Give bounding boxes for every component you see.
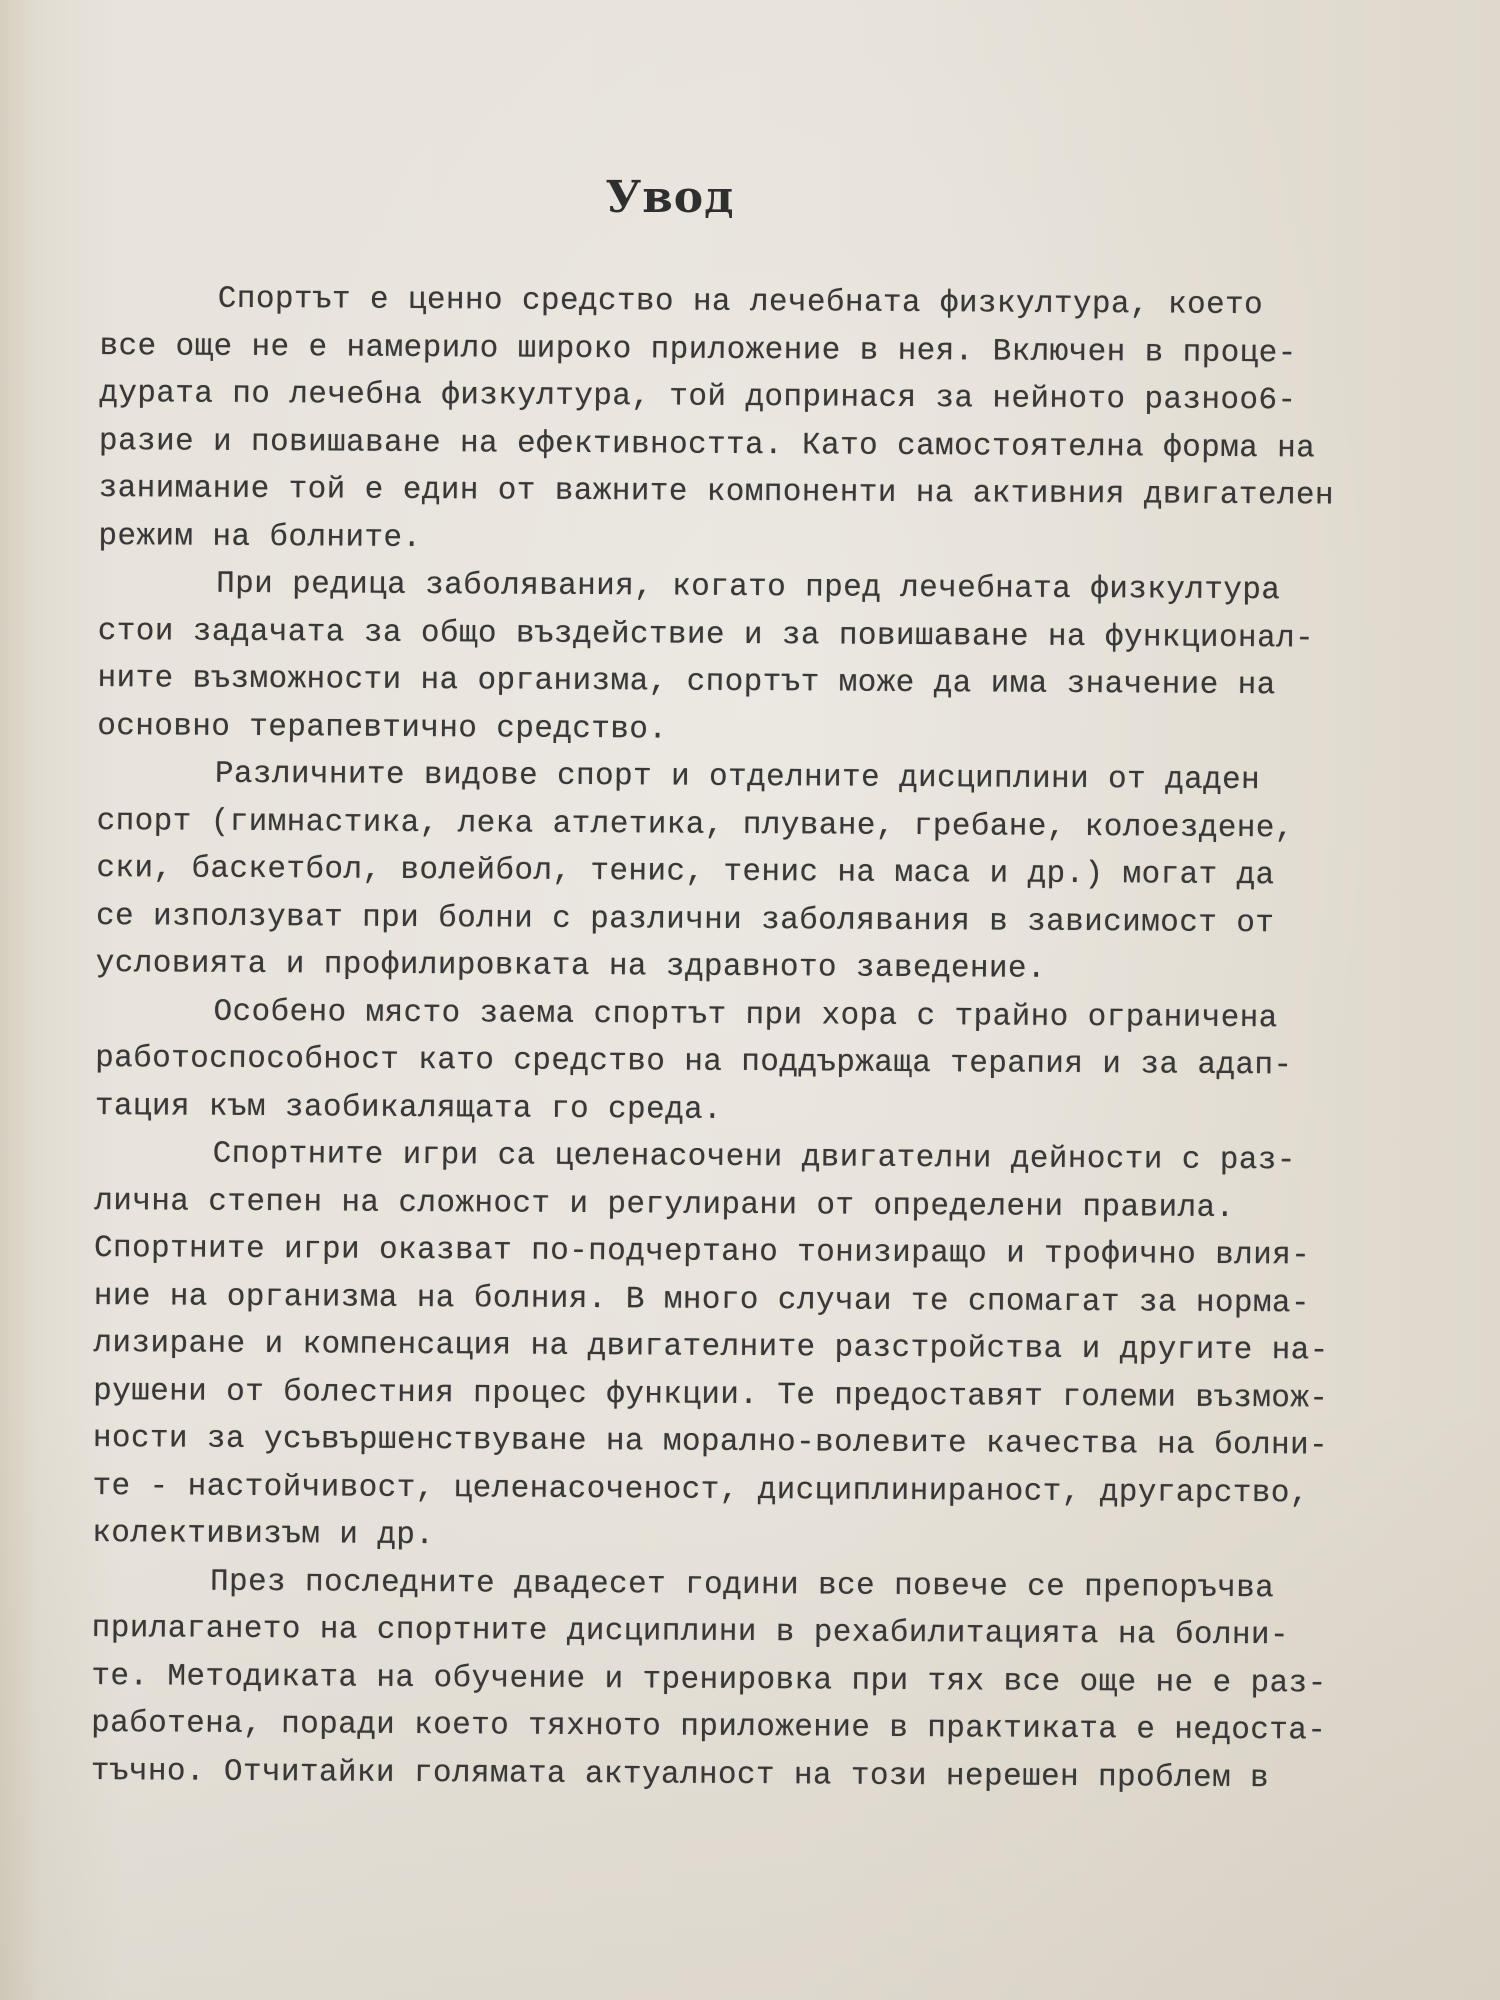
document-body: Спортът е ценно средство на лечебната фи… <box>91 275 1420 1803</box>
text-line: рушени от болестния процес функции. Те п… <box>93 1367 1413 1423</box>
paragraph: Спортните игри са целенасочени двигателн… <box>92 1130 1415 1566</box>
text-line: лизиране и компенсация на двигателните р… <box>93 1320 1413 1376</box>
text-line: ние на организма на болния. В много случ… <box>94 1272 1414 1328</box>
text-line: През последните двадесет години все пове… <box>92 1557 1412 1613</box>
text-line: основно терапевтично средство. <box>97 702 1417 758</box>
paragraph: През последните двадесет години все пове… <box>91 1557 1412 1803</box>
text-line: тъчно. Отчитайки голямата актуалност на … <box>91 1747 1411 1803</box>
text-line: ности за усъвършенствуване на морално-во… <box>93 1415 1413 1471</box>
text-line: те - настойчивост, целенасоченост, дисци… <box>92 1462 1412 1518</box>
text-line: режим на болните. <box>98 512 1418 568</box>
text-line: прилагането на спортните дисциплини в ре… <box>92 1605 1412 1661</box>
paragraph: Различните видове спорт и отделните дисц… <box>96 750 1417 996</box>
text-line: колективизъм и др. <box>92 1510 1412 1566</box>
text-line: стои задачата за общо въздействие и за п… <box>98 607 1418 663</box>
text-line: работоспособност като средство на поддър… <box>95 1035 1415 1091</box>
text-line: спорт (гимнастика, лека атлетика, плуван… <box>97 797 1417 853</box>
text-line: При редица заболявания, когато пред лече… <box>98 560 1418 616</box>
text-line: Различните видове спорт и отделните дисц… <box>97 750 1417 806</box>
text-line: ните възможности на организма, спортът м… <box>97 655 1417 711</box>
paper-page: Увод Спортът е ценно средство на лечебна… <box>0 0 1500 2000</box>
text-line: разие и повишаване на ефективността. Кат… <box>99 417 1419 473</box>
text-line: условията и профилировката на здравното … <box>96 940 1416 996</box>
text-line: Особено място заема спортът при хора с т… <box>95 987 1415 1043</box>
paragraph: Особено място заема спортът при хора с т… <box>95 987 1416 1138</box>
text-line: тация към заобикалящата го среда. <box>95 1082 1415 1138</box>
text-line: лична степен на сложност и регулирани от… <box>94 1177 1414 1233</box>
text-line: ски, баскетбол, волейбол, тенис, тенис н… <box>96 845 1416 901</box>
text-line: Спортните игри са целенасочени двигателн… <box>94 1130 1414 1186</box>
text-line: Спортните игри оказват по-подчертано тон… <box>94 1225 1414 1281</box>
text-line: Спортът е ценно средство на лечебната фи… <box>100 275 1420 331</box>
text-line: занимание той е един от важните компонен… <box>99 465 1419 521</box>
text-line: дурата по лечебна физкултура, той доприн… <box>99 370 1419 426</box>
text-line: те. Методиката на обучение и тренировка … <box>91 1652 1411 1708</box>
text-line: работена, поради което тяхното приложени… <box>91 1700 1411 1756</box>
page-title: Увод <box>0 172 1420 223</box>
paragraph: При редица заболявания, когато пред лече… <box>97 560 1418 758</box>
text-line: се използуват при болни с различни забол… <box>96 892 1416 948</box>
bleed-through-text <box>120 10 1420 310</box>
text-line: все още не е намерило широко приложение … <box>99 322 1419 378</box>
paragraph: Спортът е ценно средство на лечебната фи… <box>98 275 1420 568</box>
